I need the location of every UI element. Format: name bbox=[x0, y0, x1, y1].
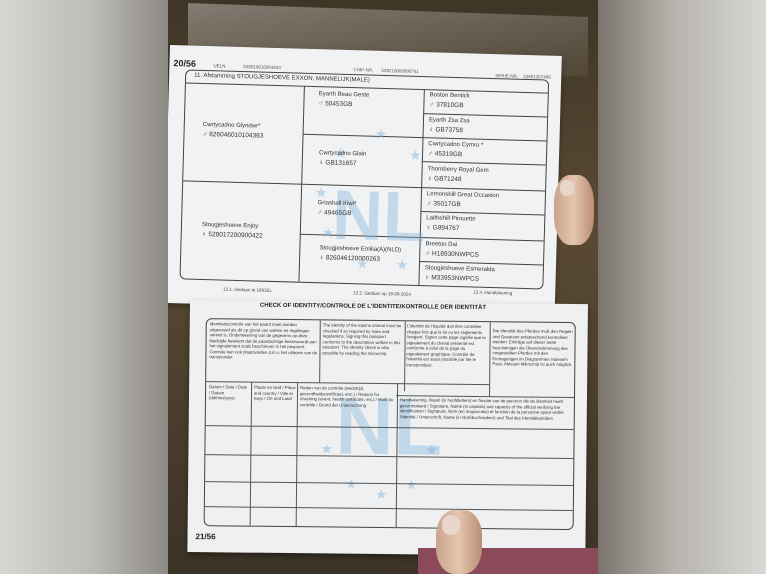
pedigree-gen3-3: Cwrtycadno Cymro *♂ 45319GB bbox=[428, 140, 483, 160]
female-icon: ♀ bbox=[319, 254, 324, 261]
pedigree-dam-sire: Griashall Kiwi* ♂ 49465GB bbox=[317, 199, 356, 218]
eu-star-icon: ★ bbox=[409, 147, 422, 164]
male-icon: ♂ bbox=[318, 100, 323, 107]
page-number: 21/56 bbox=[195, 532, 215, 541]
pedigree-gen3-6: Laithehill Pirouette♀ G894767 bbox=[426, 214, 476, 233]
female-icon: ♀ bbox=[319, 159, 324, 166]
done-on: 12.2. Gedaan op 18-09-2024 bbox=[353, 290, 411, 297]
blurred-background-right bbox=[598, 0, 766, 574]
instructions-nl: Identiteitscontrole van het paard moet w… bbox=[209, 321, 317, 361]
pedigree-title: 11. Afstamming STOUGJESHOEVE EXXON, MANN… bbox=[194, 73, 370, 84]
pedigree-gen3-1: Boston Bentick♂ 37810GB bbox=[429, 91, 470, 110]
identity-check-table: NL ★ ★ ★ ★ ★ Identiteitscontrole van het… bbox=[204, 318, 576, 530]
female-icon: ♀ bbox=[426, 224, 431, 231]
ueln-label: UELN bbox=[213, 63, 225, 68]
eu-star-icon: ★ bbox=[405, 476, 418, 493]
page-number: 20/56 bbox=[173, 58, 196, 69]
column-place: Plaats en land / Place and country / Vil… bbox=[254, 385, 296, 402]
done-at: 12.1. Gedaan te UDDEL bbox=[223, 287, 272, 293]
male-icon: ♂ bbox=[425, 250, 430, 257]
pedigree-gen3-8: Stougjeshoeve Esmeralda♀ M33953NWPCS bbox=[424, 264, 495, 284]
column-reason: Reden van de controle (wedstrijd, gezond… bbox=[300, 385, 396, 408]
eu-star-icon: ★ bbox=[375, 486, 388, 503]
thumbnail bbox=[442, 515, 460, 535]
passport-page-21: CHECK OF IDENTITY/CONTROLE DE L'IDENTITE… bbox=[187, 300, 588, 556]
pedigree-sire-sire: Eyarth Beau Geste ♂ 50453GB bbox=[318, 90, 369, 109]
signature-label: 12.4. Handtekening bbox=[473, 290, 512, 296]
column-date: Datum / Date / Date / Datum (dd/mm/yyyy) bbox=[209, 384, 249, 401]
column-signature: Handtekening, Naam (in hoofdletters) en … bbox=[400, 397, 570, 421]
eu-star-icon: ★ bbox=[374, 126, 387, 143]
pedigree-sire: Cwrtycadno Glyndwr* ♂ 826046010104363 bbox=[202, 121, 263, 141]
instructions-fr: L'identité de l'équidé doit être contrôl… bbox=[406, 323, 486, 368]
male-icon: ♂ bbox=[202, 131, 207, 138]
check-identity-title: CHECK OF IDENTITY/CONTROLE DE L'IDENTITE… bbox=[260, 303, 486, 311]
photo-scene: 20/56 UELN 528019010004633 CHIP-NR. 5282… bbox=[168, 0, 598, 574]
pedigree-sire-dam: Cwrtycadno Glain ♀ GB131657 bbox=[319, 149, 367, 168]
pedigree-gen3-4: Thornberry Royal Gem♀ GB71248 bbox=[427, 165, 489, 185]
pedigree-table: 11. Afstamming STOUGJESHOEVE EXXON, MANN… bbox=[179, 69, 549, 289]
thumbnail bbox=[560, 180, 574, 196]
male-icon: ♂ bbox=[429, 101, 434, 108]
pedigree-gen3-7: Breeton Dai♂ H18930NWPCS bbox=[425, 240, 479, 259]
female-icon: ♀ bbox=[429, 126, 434, 133]
female-icon: ♀ bbox=[202, 231, 207, 238]
passport-page-20: 20/56 UELN 528019010004633 CHIP-NR. 5282… bbox=[168, 45, 562, 314]
female-icon: ♀ bbox=[427, 175, 432, 182]
chip-value: 528210000690741 bbox=[381, 68, 419, 74]
male-icon: ♂ bbox=[428, 150, 433, 157]
chip-label: CHIP-NR. bbox=[353, 67, 373, 73]
eu-star-icon: ★ bbox=[345, 476, 358, 493]
instructions-de: Die Identität des Pferdes muß den Regeln… bbox=[492, 328, 572, 367]
pedigree-gen3-2: Eyarth Zsa Zsa♀ GB73758 bbox=[429, 116, 470, 135]
blurred-background-left bbox=[0, 0, 168, 574]
eu-star-icon: ★ bbox=[322, 224, 335, 241]
ueln-value: 528019010004633 bbox=[243, 64, 281, 70]
male-icon: ♂ bbox=[427, 200, 432, 207]
pedigree-gen3-5: Lemonshill Great Occasion♂ 35017GB bbox=[427, 190, 500, 210]
instructions-en: The identity of the equine animal must b… bbox=[322, 322, 402, 356]
pedigree-dam-dam: Stougjeshoeve Emilia(A)(NLD) ♀ 826046120… bbox=[319, 244, 401, 264]
male-icon: ♂ bbox=[317, 209, 322, 216]
pedigree-dam: Stougjeshoeve Enjoy ♀ 528017200900422 bbox=[202, 221, 263, 241]
female-icon: ♀ bbox=[425, 274, 430, 281]
